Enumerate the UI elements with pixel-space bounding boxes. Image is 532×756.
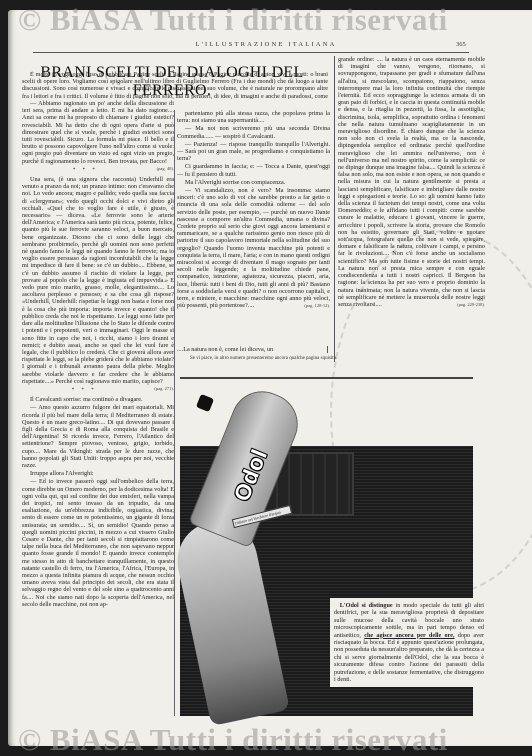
paragraph: Irruppe allora l'Alverighi:	[22, 470, 174, 477]
paragraph: — Ma noi non scriveremo più una seconda …	[177, 125, 330, 139]
header-rule	[33, 52, 469, 53]
column-divider	[174, 110, 175, 716]
paragraph: Una sera, (è una signora che racconta) U…	[22, 176, 174, 385]
page-reference: (pag. 40).	[149, 165, 174, 172]
article-intro: È molto in voga oggi l'uso di pubblicare…	[22, 71, 328, 99]
running-head: L'ILLUSTRAZIONE ITALIANA	[0, 41, 532, 48]
paragraph: Ci guardammo in faccia; e: — Tocca a Dan…	[177, 163, 330, 177]
closing-note: Se vi piace, in altro numero presenterem…	[190, 356, 510, 361]
paragraph: — Pazienza! — rispose tranquillo tranqui…	[177, 141, 330, 163]
column-middle-last-line: ....La natura non è, come lei diceva, un	[177, 346, 328, 353]
paragraph: — Abbiamo ragionato un po' anche della d…	[22, 100, 174, 165]
paragraph: Ma l'Alverighi sorrise con compiacenza.	[177, 179, 330, 186]
ad-copy-lead: L'Odol si distingue	[340, 602, 393, 609]
paragraph: Il Cavalcanti sorrise: ma continuò a div…	[22, 396, 174, 403]
column-left: — Abbiamo ragionato un po' anche della d…	[22, 100, 174, 716]
intro-paragraph: È molto in voga oggi l'uso di pubblicare…	[22, 71, 328, 99]
paragraph: — Ed io invece passerò oggi sull'ombelic…	[22, 478, 174, 608]
page-reference: (pag. 271).	[146, 385, 174, 392]
page-reference: (pag. 128-12).	[296, 302, 330, 309]
advertisement-copy: L'Odol si distingue in modo speciale da …	[330, 598, 490, 687]
column-right: grande ordine: .... la natura è un caos …	[334, 56, 485, 362]
paragraph: grande ordine: .... la natura è un caos …	[338, 56, 485, 308]
paragraph: — Amo questo azzurro fulgore dei mari eq…	[22, 404, 174, 469]
column-middle: parteniamo più alla stessa razza, che po…	[177, 110, 330, 348]
paragraph: parteniamo più alla stessa razza, che po…	[177, 110, 330, 124]
advertisement-top-rule	[180, 377, 473, 379]
ad-copy-underlined: che agisce ancora per delle ore,	[364, 632, 454, 639]
page-number: 365	[456, 41, 466, 48]
page-reference: (pag. 229-238).	[457, 301, 485, 308]
paragraph: — Vi scandalizzo, non è vero? Ma insomma…	[177, 187, 330, 309]
